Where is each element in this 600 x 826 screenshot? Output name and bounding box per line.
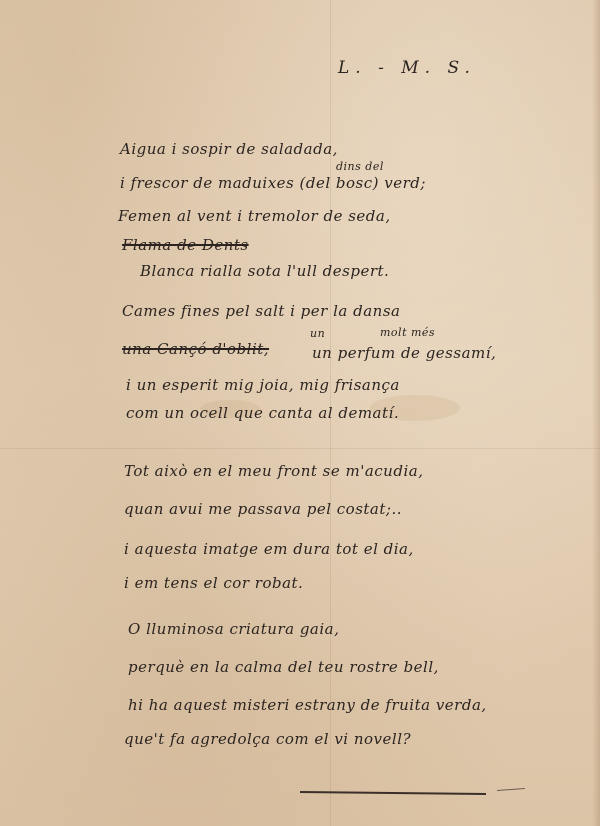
poem-line: Tot això en el meu front se m'acudia, <box>124 462 423 480</box>
poem-line: Femen al vent i tremolor de seda, <box>118 207 391 225</box>
poem-line: i aquesta imatge em dura tot el dia, <box>124 540 414 558</box>
poem-title: L. - M. S. <box>338 58 476 78</box>
poem-line: un perfum de gessamí, <box>312 344 496 362</box>
inserted-word: un <box>310 327 325 340</box>
poem-line: hi ha aquest misteri estrany de fruita v… <box>128 696 487 714</box>
manuscript-page: L. - M. S. Aigua i sospir de saladada, d… <box>0 0 600 826</box>
struck-text: una Cançó d'oblit, <box>122 340 269 358</box>
poem-line: com un ocell que canta al dematí. <box>126 404 399 422</box>
paper-fold-horizontal <box>0 448 600 449</box>
closing-rule <box>300 791 486 795</box>
poem-line: O lluminosa criatura gaia, <box>128 620 339 638</box>
poem-line: Blanca rialla sota l'ull despert. <box>140 262 389 280</box>
inserted-word: dins del <box>336 160 384 173</box>
poem-line: Aigua i sospir de saladada, <box>120 140 338 158</box>
paper-edge <box>592 0 600 826</box>
poem-line: i frescor de maduixes (del bosc) verd; <box>120 174 426 192</box>
inserted-word: molt més <box>380 326 435 339</box>
poem-line: que't fa agredolça com el vi novell? <box>124 730 411 748</box>
poem-line: quan avui me passava pel costat;.. <box>124 500 402 518</box>
poem-line-text: i frescor de maduixes (del bosc) verd; <box>120 174 426 192</box>
poem-line: i un esperit mig joia, mig frisança <box>126 376 400 394</box>
closing-mark <box>497 788 525 791</box>
poem-line: Cames fines pel salt i per la dansa <box>122 302 400 320</box>
poem-line: perquè en la calma del teu rostre bell, <box>128 658 439 676</box>
struck-line: Flama de Dents <box>122 236 249 254</box>
poem-line: i em tens el cor robat. <box>124 574 303 592</box>
